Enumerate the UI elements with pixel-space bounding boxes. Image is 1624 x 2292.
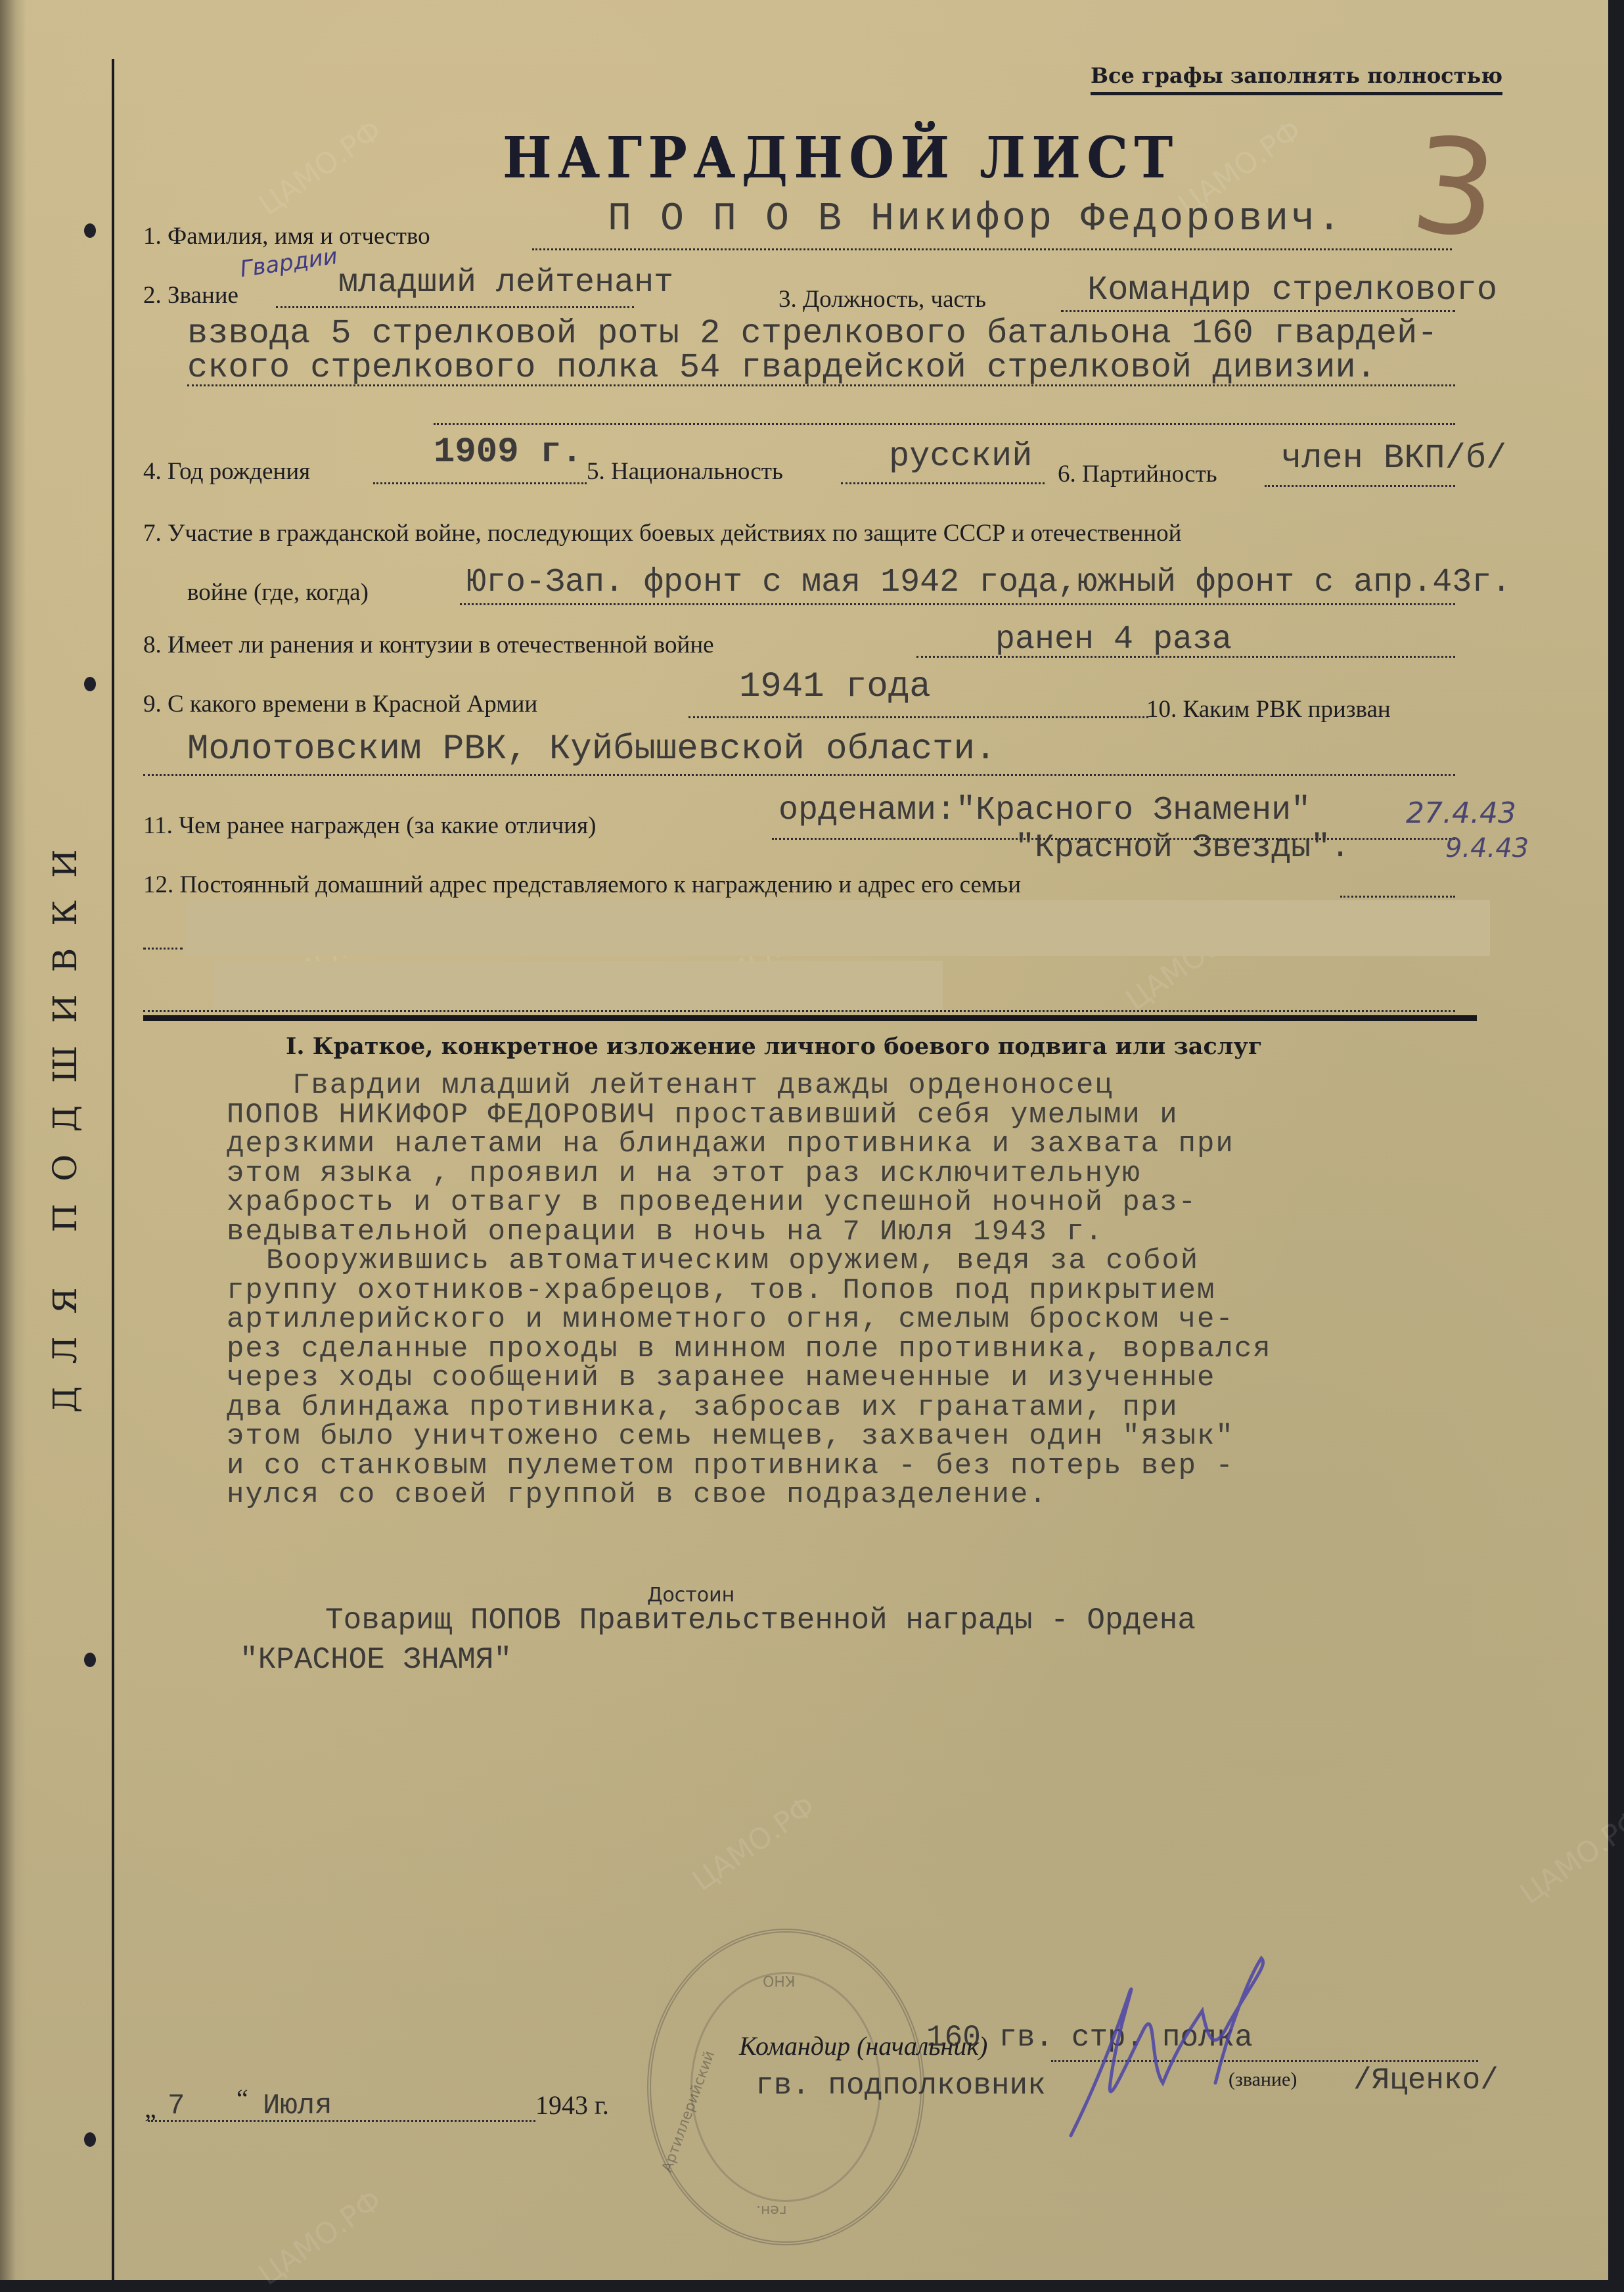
field-2-line	[276, 306, 634, 308]
narrative-line: нулся со своей группой в свое подразделе…	[227, 1480, 1527, 1510]
date-line	[148, 2120, 535, 2122]
narrative-line: и со станковым пулеметом противника - бе…	[227, 1452, 1527, 1481]
narrative-line: два блиндажа противника, забросав их гра…	[227, 1393, 1527, 1423]
fill-all-fields-notice: Все графы заполнять полностью	[1091, 63, 1502, 95]
field-5-value: русский	[889, 437, 1032, 476]
narrative-line: этом языка , проявил и на этот раз исклю…	[227, 1159, 1527, 1189]
stamp-text-top: КНО	[763, 1972, 795, 1988]
punch-hole-icon	[84, 1653, 96, 1667]
watermark: ЦАМО.РФ	[1514, 1802, 1624, 1911]
narrative-line: ПОПОВ НИКИФОР ФЕДОРОВИЧ проставивший себ…	[227, 1101, 1527, 1130]
field-9-value: 1941 года	[739, 667, 931, 707]
field-9-line	[688, 716, 1148, 718]
field-3-line	[1061, 310, 1455, 312]
binding-margin-line	[112, 59, 114, 2280]
field-5-label: 5. Национальность	[587, 457, 783, 486]
date-month: Июля	[263, 2090, 332, 2122]
watermark: ЦАМО.РФ	[253, 2184, 388, 2292]
field-11-date-2: 9.4.43	[1445, 833, 1529, 863]
date-open-quote: „	[145, 2093, 156, 2124]
field-7-line	[460, 603, 1455, 605]
field-4-label: 4. Год рождения	[143, 457, 310, 486]
field-11-value-line2: "Красной Звезды".	[1015, 829, 1350, 867]
field-3-label: 3. Должность, часть	[778, 285, 986, 313]
date-close-quote: “	[237, 2083, 248, 2114]
page-title: НАГРАДНОЙ ЛИСТ	[503, 125, 1179, 191]
section-divider	[143, 1015, 1477, 1021]
narrative-line: группу охотников-храбрецов, тов. Попов п…	[227, 1276, 1527, 1306]
stamp-text-bottom: ген.	[756, 2202, 786, 2218]
date-day: 7	[168, 2090, 185, 2122]
punch-hole-icon	[84, 223, 96, 238]
section-1-heading: I. Краткое, конкретное изложение личного…	[286, 1033, 1262, 1060]
field-7-label-line1: 7. Участие в гражданской войне, последую…	[143, 519, 1182, 547]
redacted-address-block	[214, 961, 943, 1010]
field-3-value-line1: Командир стрелкового	[1087, 271, 1497, 309]
field-3-value-line2: взвода 5 стрелковой роты 2 стрелкового б…	[187, 314, 1438, 353]
conclusion-line-2: "КРАСНОЕ ЗНАМЯ"	[240, 1643, 512, 1677]
field-12-line	[143, 948, 183, 950]
conclusion-line-1: Товарищ ПОПОВ Правительственной награды …	[325, 1603, 1196, 1638]
field-6-line	[1265, 485, 1455, 487]
field-12-line	[143, 1010, 1455, 1012]
field-12-label: 12. Постоянный домашний адрес представля…	[143, 871, 1021, 899]
narrative-line: Гвардии младший лейтенант дважды орденон…	[227, 1071, 1527, 1101]
narrative-line: рез сделанные проходы в минном поле прот…	[227, 1335, 1527, 1364]
award-sheet-page: ДЛЯ ПОДШИВКИ ЦАМО.РФ ЦАМО.РФ ЦАМО.РФ ЦАМ…	[0, 0, 1608, 2280]
field-8-label: 8. Имеет ли ранения и контузии в отечест…	[143, 631, 714, 659]
page-left-edge	[0, 0, 26, 2280]
punch-hole-icon	[84, 677, 96, 691]
field-10-label: 10. Каким РВК призван	[1146, 695, 1391, 723]
field-3-continuation-line	[187, 384, 1455, 386]
field-2-value: младший лейтенант	[338, 264, 673, 302]
field-10-value: Молотовским РВК, Куйбышевской области.	[187, 729, 996, 769]
handwritten-signature-icon	[1058, 1952, 1347, 2142]
field-9-label: 9. С какого времени в Красной Армии	[143, 690, 537, 718]
commander-rank: гв. подполковник	[756, 2069, 1046, 2103]
field-6-label: 6. Партийность	[1058, 460, 1217, 488]
binding-margin-label: ДЛЯ ПОДШИВКИ	[46, 827, 84, 1413]
narrative-line: ведывательной операции в ночь на 7 Июля …	[227, 1218, 1527, 1247]
field-1-line	[532, 248, 1452, 250]
narrative-line: этом было уничтожено семь немцев, захвач…	[227, 1422, 1527, 1452]
field-12-line	[1340, 896, 1455, 898]
field-4-line	[373, 482, 587, 484]
field-5-line	[841, 482, 1045, 484]
field-3-value-line3: ского стрелкового полка 54 гвардейской с…	[187, 348, 1376, 387]
date-year: 1943 г.	[535, 2090, 609, 2120]
narrative-line: Вооружившись автоматическим оружием, вед…	[227, 1247, 1527, 1276]
narrative-line: дерзкими налетами на блиндажи противника…	[227, 1130, 1527, 1159]
field-11-label: 11. Чем ранее награжден (за какие отличи…	[143, 812, 596, 840]
field-10-line	[143, 774, 1455, 776]
section-1-narrative: Гвардии младший лейтенант дважды орденон…	[227, 1071, 1527, 1510]
narrative-line: через ходы сообщений в заранее намеченны…	[227, 1364, 1527, 1393]
watermark: ЦАМО.РФ	[253, 114, 388, 222]
field-11-value-line1: орденами:"Красного Знамени"	[778, 792, 1311, 829]
field-7-value: Юго-Зап. фронт с мая 1942 года,южный фро…	[466, 564, 1511, 601]
field-11-date-1: 27.4.43	[1406, 796, 1516, 830]
watermark: ЦАМО.РФ	[687, 1789, 822, 1898]
presented-for-line	[434, 423, 1455, 425]
commander-name: /Яценко/	[1353, 2063, 1499, 2097]
narrative-line: храбрость и отвагу в проведении успешной…	[227, 1188, 1527, 1218]
narrative-line: артиллерийского и минометного огня, смел…	[227, 1305, 1527, 1335]
field-7-label-line2: войне (где, когда)	[187, 578, 369, 607]
handwritten-sheet-number: 3	[1405, 108, 1504, 269]
field-8-value: ранен 4 раза	[995, 621, 1232, 658]
field-1-label: 1. Фамилия, имя и отчество	[143, 222, 430, 250]
field-6-value: член ВКП/б/	[1281, 439, 1506, 478]
field-2-label: 2. Звание	[143, 281, 238, 309]
field-1-value: П О П О В Никифор Федорович.	[608, 197, 1343, 242]
redacted-address-block	[186, 900, 1490, 956]
field-4-value: 1909 г.	[434, 432, 583, 472]
punch-hole-icon	[84, 2132, 96, 2147]
